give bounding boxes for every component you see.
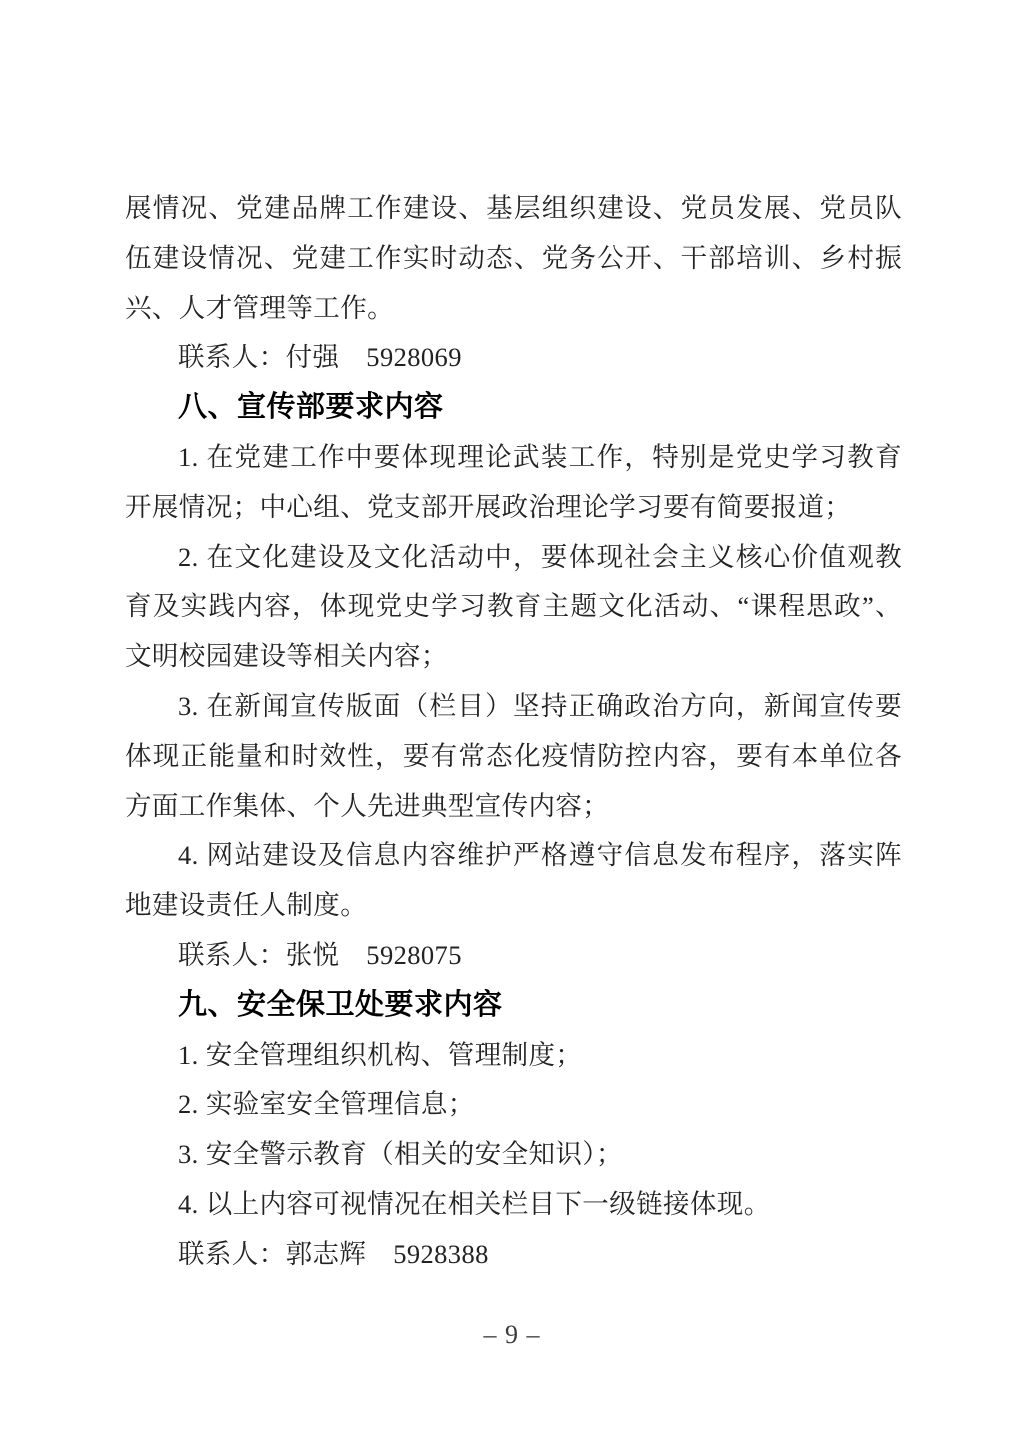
body-line: 展情况、党建品牌工作建设、基层组织建设、党员发展、党员队 — [125, 184, 902, 234]
list-item-line: 3. 在新闻宣传版面（栏目）坚持正确政治方向，新闻宣传要 — [125, 682, 902, 732]
contact-person-line: 联系人：张悦 5928075 — [125, 931, 902, 981]
section-heading-8: 八、宣传部要求内容 — [125, 383, 902, 433]
body-line: 兴、人才管理等工作。 — [125, 284, 902, 334]
list-item-line: 2. 在文化建设及文化活动中，要体现社会主义核心价值观教 — [125, 533, 902, 583]
body-line: 开展情况；中心组、党支部开展政治理论学习要有简要报道； — [125, 483, 902, 533]
list-item-line: 4. 以上内容可视情况在相关栏目下一级链接体现。 — [125, 1180, 902, 1230]
body-line: 育及实践内容，体现党史学习教育主题文化活动、“课程思政”、 — [125, 582, 902, 632]
body-line: 文明校园建设等相关内容； — [125, 632, 902, 682]
list-item-line: 3. 安全警示教育（相关的安全知识）； — [125, 1130, 902, 1180]
list-item-line: 1. 安全管理组织机构、管理制度； — [125, 1031, 902, 1081]
page-number: – 9 – — [0, 1320, 1024, 1350]
list-item-line: 2. 实验室安全管理信息； — [125, 1080, 902, 1130]
contact-person-line: 联系人：郭志辉 5928388 — [125, 1230, 902, 1280]
body-line: 体现正能量和时效性，要有常态化疫情防控内容，要有本单位各 — [125, 732, 902, 782]
contact-person-line: 联系人：付强 5928069 — [125, 333, 902, 383]
body-line: 伍建设情况、党建工作实时动态、党务公开、干部培训、乡村振 — [125, 234, 902, 284]
document-body: 展情况、党建品牌工作建设、基层组织建设、党员发展、党员队 伍建设情况、党建工作实… — [125, 184, 902, 1280]
body-line: 方面工作集体、个人先进典型宣传内容； — [125, 782, 902, 832]
document-page: 展情况、党建品牌工作建设、基层组织建设、党员发展、党员队 伍建设情况、党建工作实… — [0, 0, 1024, 1448]
list-item-line: 4. 网站建设及信息内容维护严格遵守信息发布程序，落实阵 — [125, 831, 902, 881]
body-line: 地建设责任人制度。 — [125, 881, 902, 931]
section-heading-9: 九、安全保卫处要求内容 — [125, 981, 902, 1031]
list-item-line: 1. 在党建工作中要体现理论武装工作，特别是党史学习教育 — [125, 433, 902, 483]
